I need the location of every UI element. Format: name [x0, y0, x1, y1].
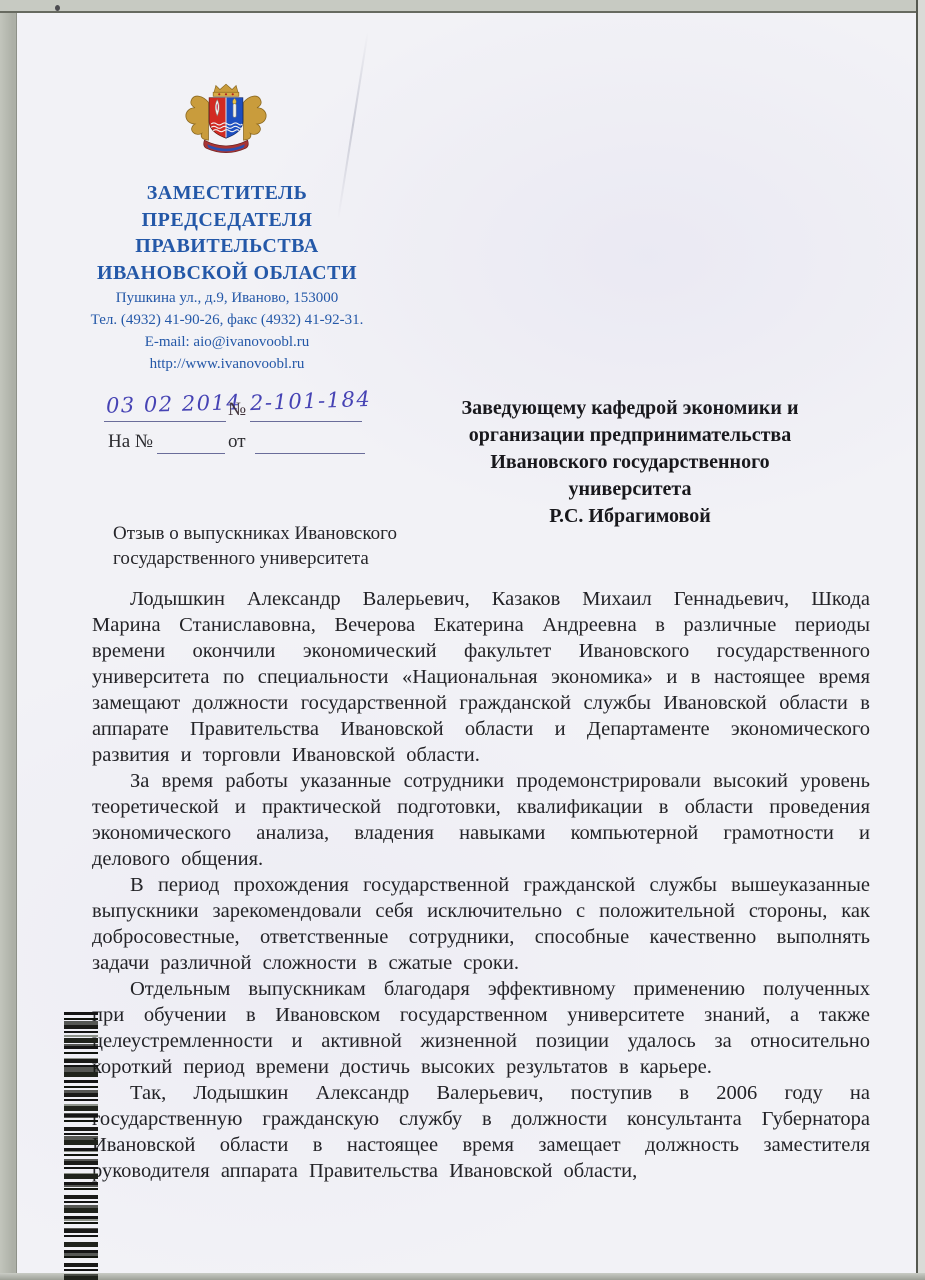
subject-line: государственного университета [113, 546, 453, 571]
recipient-line: Заведующему кафедрой экономики и [430, 395, 830, 422]
body-paragraph: Так, Лодышкин Александр Валерьевич, пост… [92, 1080, 870, 1184]
reply-from-underline [255, 453, 365, 454]
org-name-line: ИВАНОВСКОЙ ОБЛАСТИ [57, 260, 397, 287]
date-underline [104, 421, 226, 422]
reply-number-label: На № [108, 431, 153, 453]
email-line: E-mail: aio@ivanovoobl.ru [47, 331, 407, 353]
recipient-line: университета [430, 476, 830, 503]
org-name: ЗАМЕСТИТЕЛЬ ПРЕДСЕДАТЕЛЯ ПРАВИТЕЛЬСТВА И… [57, 180, 397, 286]
recipient-line: Ивановского государственного [430, 449, 830, 476]
number-underline [250, 421, 362, 422]
website-line: http://www.ivanovoobl.ru [47, 353, 407, 375]
coat-of-arms-icon [172, 82, 280, 170]
number-sign-label: № [228, 399, 246, 421]
reply-from-label: от [228, 431, 246, 453]
eagle-supporter [244, 96, 267, 140]
org-name-line: ЗАМЕСТИТЕЛЬ [57, 180, 397, 207]
recipient-line: Р.С. Ибрагимовой [430, 503, 830, 530]
letter-body: Лодышкин Александр Валерьевич, Казаков М… [92, 586, 870, 1184]
handwritten-number: 2-101-184 [250, 387, 372, 415]
recipient-block: Заведующему кафедрой экономики и организ… [430, 395, 830, 530]
address-line: Пушкина ул., д.9, Иваново, 153000 [47, 287, 407, 309]
subject-line: Отзыв о выпускниках Ивановского [113, 521, 453, 546]
crown-icon [214, 84, 238, 93]
barcode-icon [64, 1012, 98, 1280]
subject-block: Отзыв о выпускниках Ивановского государс… [113, 521, 453, 571]
body-paragraph: За время работы указанные сотрудники про… [92, 768, 870, 872]
scan-edge-right [916, 0, 925, 1280]
scanned-letter-page: ЗАМЕСТИТЕЛЬ ПРЕДСЕДАТЕЛЯ ПРАВИТЕЛЬСТВА И… [0, 0, 925, 1280]
torch-charge [233, 104, 236, 118]
handwritten-date: 03 02 2014 [106, 390, 242, 418]
contact-block: Пушкина ул., д.9, Иваново, 153000 Тел. (… [47, 287, 407, 375]
scan-edge-bottom [0, 1273, 925, 1280]
phone-line: Тел. (4932) 41-90-26, факс (4932) 41-92-… [47, 309, 407, 331]
lion-supporter [186, 96, 209, 140]
org-name-line: ПРАВИТЕЛЬСТВА [57, 233, 397, 260]
recipient-line: организации предпринимательства [430, 422, 830, 449]
body-paragraph: Отдельным выпускникам благодаря эффектив… [92, 976, 870, 1080]
scan-edge-left [0, 0, 17, 1280]
org-name-line: ПРЕДСЕДАТЕЛЯ [57, 207, 397, 234]
body-paragraph: В период прохождения государственной гра… [92, 872, 870, 976]
scan-speck [55, 5, 60, 11]
reply-number-underline [157, 453, 225, 454]
scan-edge-top [0, 0, 925, 13]
body-paragraph: Лодышкин Александр Валерьевич, Казаков М… [92, 586, 870, 768]
